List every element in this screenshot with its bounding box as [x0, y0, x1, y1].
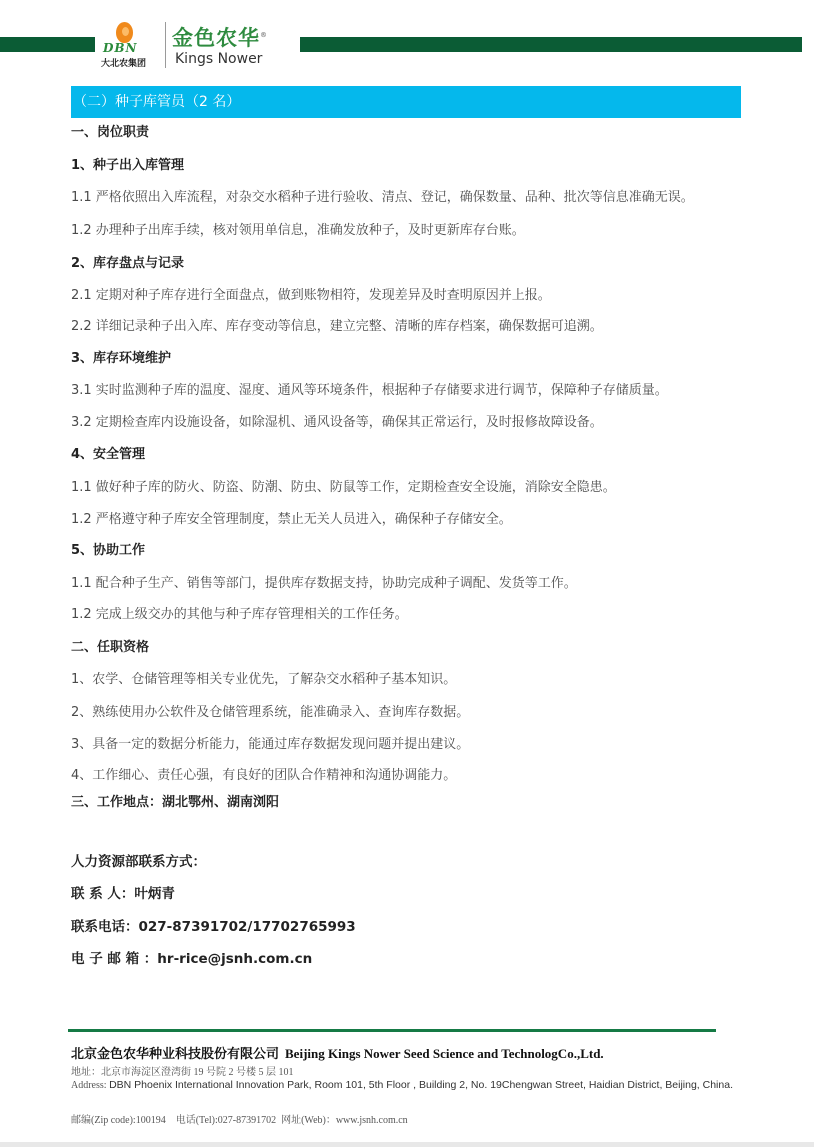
- duty-item: 1.1 严格依照出入库流程，对杂交水稻种子进行验收、清点、登记，确保数量、品种、…: [71, 189, 694, 207]
- section-heading: 5、协助工作: [71, 542, 145, 560]
- section-heading: 4、安全管理: [71, 446, 145, 464]
- footer-company: 北京金色农华种业科技股份有限公司Beijing Kings Nower Seed…: [71, 1043, 604, 1062]
- duty-item: 3.2 定期检查库内设施设备，如除湿机、通风设备等，确保其正常运行，及时报修故障…: [71, 414, 603, 432]
- footer-company-en: Beijing Kings Nower Seed Science and Tec…: [285, 1046, 604, 1061]
- footer-company-cn: 北京金色农华种业科技股份有限公司: [71, 1047, 279, 1062]
- section-heading: 2、库存盘点与记录: [71, 255, 184, 273]
- section-heading: 三、工作地点：湖北鄂州、湖南浏阳: [71, 794, 279, 812]
- brand-name-cn: 金色农华®: [172, 22, 268, 52]
- duty-item: 1.1 配合种子生产、销售等部门，提供库存数据支持，协助完成种子调配、发货等工作…: [71, 575, 577, 593]
- footer-address-en: Address: DBN Phoenix International Innov…: [71, 1077, 751, 1094]
- logo-divider: [165, 22, 166, 68]
- dbn-group-name: 大北农集团: [101, 56, 146, 69]
- dbn-logo-text: DBN: [103, 41, 138, 55]
- footer-divider: [68, 1029, 716, 1032]
- footer-address-label: Address:: [71, 1080, 109, 1091]
- header-bar-left: [0, 37, 95, 52]
- contact-phone: 联系电话：027-87391702/17702765993: [71, 918, 356, 936]
- duty-item: 4、工作细心、责任心强，有良好的团队合作精神和沟通协调能力。: [71, 767, 456, 785]
- brand-name-cn-text: 金色农华: [172, 26, 260, 50]
- duty-item: 3.1 实时监测种子库的温度、湿度、通风等环境条件，根据种子存储要求进行调节，保…: [71, 382, 668, 400]
- duty-item: 1.1 做好种子库的防火、防盗、防潮、防虫、防鼠等工作，定期检查安全设施，消除安…: [71, 479, 616, 497]
- contact-person: 联 系 人：叶炳青: [71, 885, 175, 903]
- header-bar-right: [300, 37, 802, 52]
- footer-address-en-text: DBN Phoenix International Innovation Par…: [109, 1079, 733, 1091]
- footer-address-cn: 地址：北京市海淀区澄湾街 19 号院 2 号楼 5 层 101: [71, 1063, 294, 1078]
- position-title-banner: （二）种子库管员（2 名）: [71, 86, 741, 118]
- page-bottom-edge: [0, 1142, 814, 1147]
- brand-name-en: Kings Nower: [175, 51, 262, 67]
- duty-item: 2、熟练使用办公软件及仓储管理系统，能准确录入、查询库存数据。: [71, 704, 469, 722]
- section-heading: 1、种子出入库管理: [71, 157, 184, 175]
- contact-email[interactable]: 电 子 邮 箱 ：hr-rice@jsnh.com.cn: [71, 950, 312, 968]
- duty-item: 3、具备一定的数据分析能力，能通过库存数据发现问题并提出建议。: [71, 736, 469, 754]
- duty-item: 2.1 定期对种子库存进行全面盘点，做到账物相符，发现差异及时查明原因并上报。: [71, 287, 551, 305]
- duty-item: 1、农学、仓储管理等相关专业优先，了解杂交水稻种子基本知识。: [71, 671, 456, 689]
- contact-title: 人力资源部联系方式：: [71, 853, 206, 871]
- seed-logo-highlight: [122, 27, 129, 36]
- footer-contact-line: 邮编(Zip code):100194 电话(Tel):027-87391702…: [71, 1111, 408, 1126]
- duty-item: 1.2 严格遵守种子库安全管理制度，禁止无关人员进入，确保种子存储安全。: [71, 511, 512, 529]
- duty-item: 1.2 办理种子出库手续，核对领用单信息，准确发放种子，及时更新库存台账。: [71, 222, 525, 240]
- registered-mark-icon: ®: [260, 31, 268, 39]
- section-heading: 二、任职资格: [71, 639, 149, 657]
- section-heading: 3、库存环境维护: [71, 350, 171, 368]
- duty-item: 2.2 详细记录种子出入库、库存变动等信息，建立完整、清晰的库存档案，确保数据可…: [71, 318, 603, 336]
- duty-item: 1.2 完成上级交办的其他与种子库存管理相关的工作任务。: [71, 606, 408, 624]
- section-heading: 一、岗位职责: [71, 124, 149, 142]
